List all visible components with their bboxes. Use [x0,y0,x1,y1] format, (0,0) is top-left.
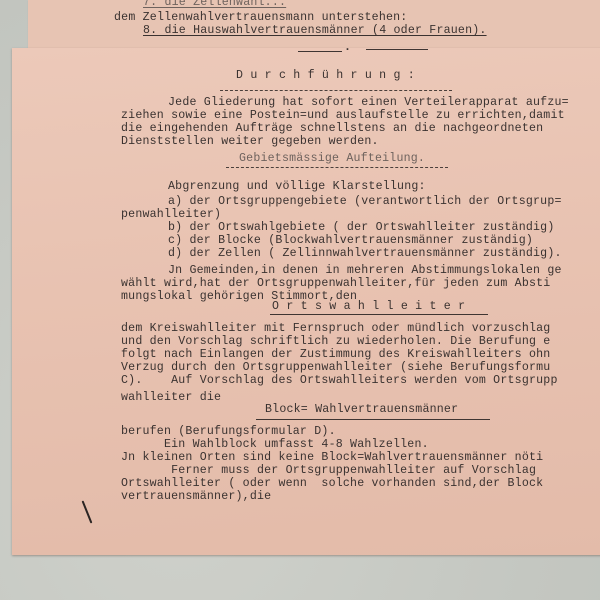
list-item-c: c) der Blocke (Blockwahlvertrauensmänner… [168,234,533,247]
paragraph-4-line-2: Ein Wahlblock umfasst 4-8 Wahlzellen. [121,438,429,451]
separator-right [366,49,428,50]
delimitation-intro: Abgrenzung und völlige Klarstellung: [168,180,426,193]
paragraph-2-line-1: Jn Gemeinden,in denen in mehreren Abstim… [168,264,562,277]
paragraph-1-line-4: Dienststellen weiter gegeben werden. [121,135,379,148]
subtitle-1-dashed-underline [226,167,448,168]
subtitle-ortswahlleiter: O r t s w a h l l e i t e r [272,300,465,313]
title-dashed-underline [220,90,452,91]
paragraph-1-line-2: ziehen sowie eine Postein=und auslaufste… [121,109,565,122]
paragraph-1-line-1: Jede Gliederung hat sofort einen Verteil… [168,96,569,109]
paragraph-3-line-5: C). Auf Vorschlag des Ortswahlleiters we… [121,374,558,387]
paragraph-4-line-4: Ferner muss der Ortsgruppenwahlleiter au… [121,464,536,477]
paragraph-3-line-6: wahlleiter die [121,391,221,404]
paragraph-4-line-6: vertrauensmänner),die [121,490,271,503]
paragraph-3-line-1: dem Kreiswahlleiter mit Fernspruch oder … [121,322,550,335]
list-item-d: d) der Zellen ( Zellinnwahlvertrauensmän… [168,247,562,260]
list-item-a: a) der Ortsgruppengebiete (verantwortlic… [168,195,562,208]
top-line: dem Zellenwahlvertrauensmann unterstehen… [114,11,407,24]
list-item-b: b) der Ortswahlgebiete ( der Ortswahllei… [168,221,555,234]
paragraph-4-line-5: Ortswahlleiter ( oder wenn solche vorhan… [121,477,543,490]
paragraph-3-line-2: und den Vorschlag schriftlich zu wiederh… [121,335,550,348]
list-item-a-cont: penwahlleiter) [121,208,221,221]
paragraph-2-line-2: wählt wird,hat der Ortsgruppenwahlleiter… [121,277,550,290]
paragraph-4-line-3: Jn kleinen Orten sind keine Block=Wahlve… [121,451,543,464]
separator-left [298,51,342,52]
subtitle-gebietsmaessige-aufteilung: Gebietsmässige Aufteilung. [239,152,425,165]
subtitle-3-underline [256,419,490,420]
paragraph-3-line-4: Verzug durch den Ortsgruppenwahlleiter (… [121,361,550,374]
subtitle-block-wahlvertrauensmaenner: Block= Wahlvertrauensmänner [265,403,458,416]
paragraph-3-line-3: folgt nach Einlangen der Zustimmung des … [121,348,550,361]
paragraph-1-line-3: die eingehenden Aufträge schnellstens an… [121,122,543,135]
paragraph-4-line-1: berufen (Berufungsformular D). [121,425,336,438]
section-title: D u r c h f ü h r u n g : [236,69,415,82]
subtitle-2-underline [270,314,488,315]
list-item-7: 7. die Zellenwahl... [143,0,286,9]
list-item-8: 8. die Hauswahlvertrauensmänner (4 oder … [143,24,487,37]
